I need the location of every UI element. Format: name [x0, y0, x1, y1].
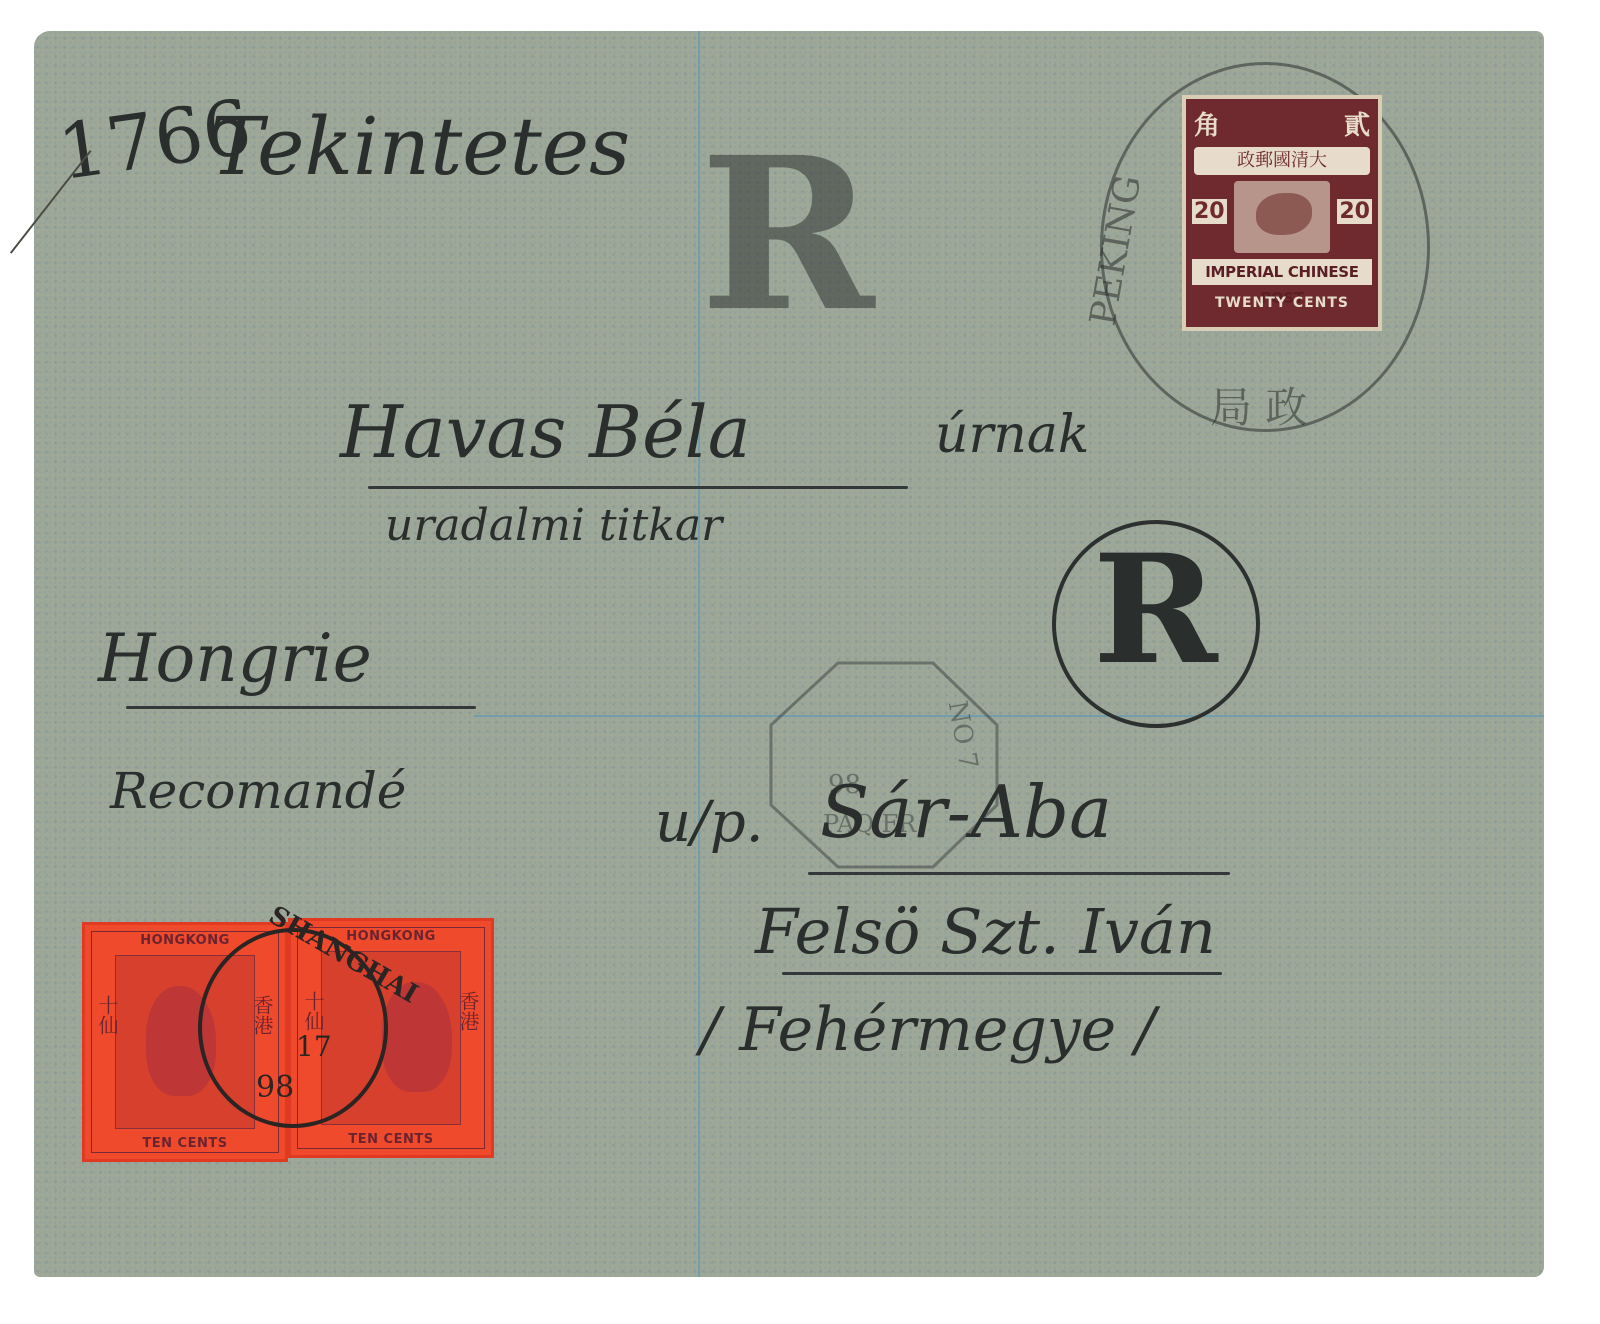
shanghai-postmark-day: 17 — [296, 1030, 332, 1063]
addressee-underline — [368, 486, 908, 489]
locality-underline — [782, 972, 1222, 975]
registration-mark-large: R — [700, 130, 875, 340]
stamp-denomination: TEN CENTS — [85, 1136, 285, 1151]
stamp-value-right: 20 — [1337, 199, 1372, 224]
stamp-chars-left: 十仙 — [93, 995, 122, 1035]
via-prefix: u/p. — [655, 790, 764, 855]
county: / Fehérmegye / — [700, 995, 1155, 1065]
town-underline — [808, 872, 1230, 875]
shanghai-postmark-year: 98 — [256, 1070, 294, 1105]
registration-line-horizontal — [474, 715, 1544, 717]
locality: Felsö Szt. Iván — [755, 895, 1216, 968]
stamp-value-left: 20 — [1192, 199, 1227, 224]
salutation: Tekintetes — [210, 100, 630, 193]
stamp-imperial-chinese-20c: 角 貳 政郵國清大 20 20 IMPERIAL CHINESE POST TW… — [1182, 95, 1382, 331]
stamp-corner-right: 貳 — [1344, 105, 1370, 142]
stamp-chinese-band: 政郵國清大 — [1194, 147, 1370, 175]
country-underline — [126, 706, 476, 709]
stamp-denomination: TWENTY CENTS — [1186, 295, 1378, 311]
stamp-corner-left: 角 — [1194, 105, 1220, 142]
registration-circle-letter: R — [1093, 535, 1218, 685]
addressee-title: uradalmi titkar — [385, 500, 722, 551]
addressee-suffix: úrnak — [935, 405, 1089, 465]
stamp-denomination: TEN CENTS — [291, 1132, 491, 1147]
carp-icon — [1234, 181, 1330, 253]
stamp-chars-right: 香港 — [454, 991, 483, 1031]
service-note: Recomandé — [110, 762, 406, 820]
peking-postmark-chinese: 局 政 — [1210, 375, 1307, 435]
addressee-name: Havas Béla — [340, 390, 751, 474]
destination-country: Hongrie — [98, 620, 372, 697]
town: Sár-Aba — [820, 770, 1112, 854]
stamp-issuer: IMPERIAL CHINESE POST — [1192, 259, 1372, 285]
